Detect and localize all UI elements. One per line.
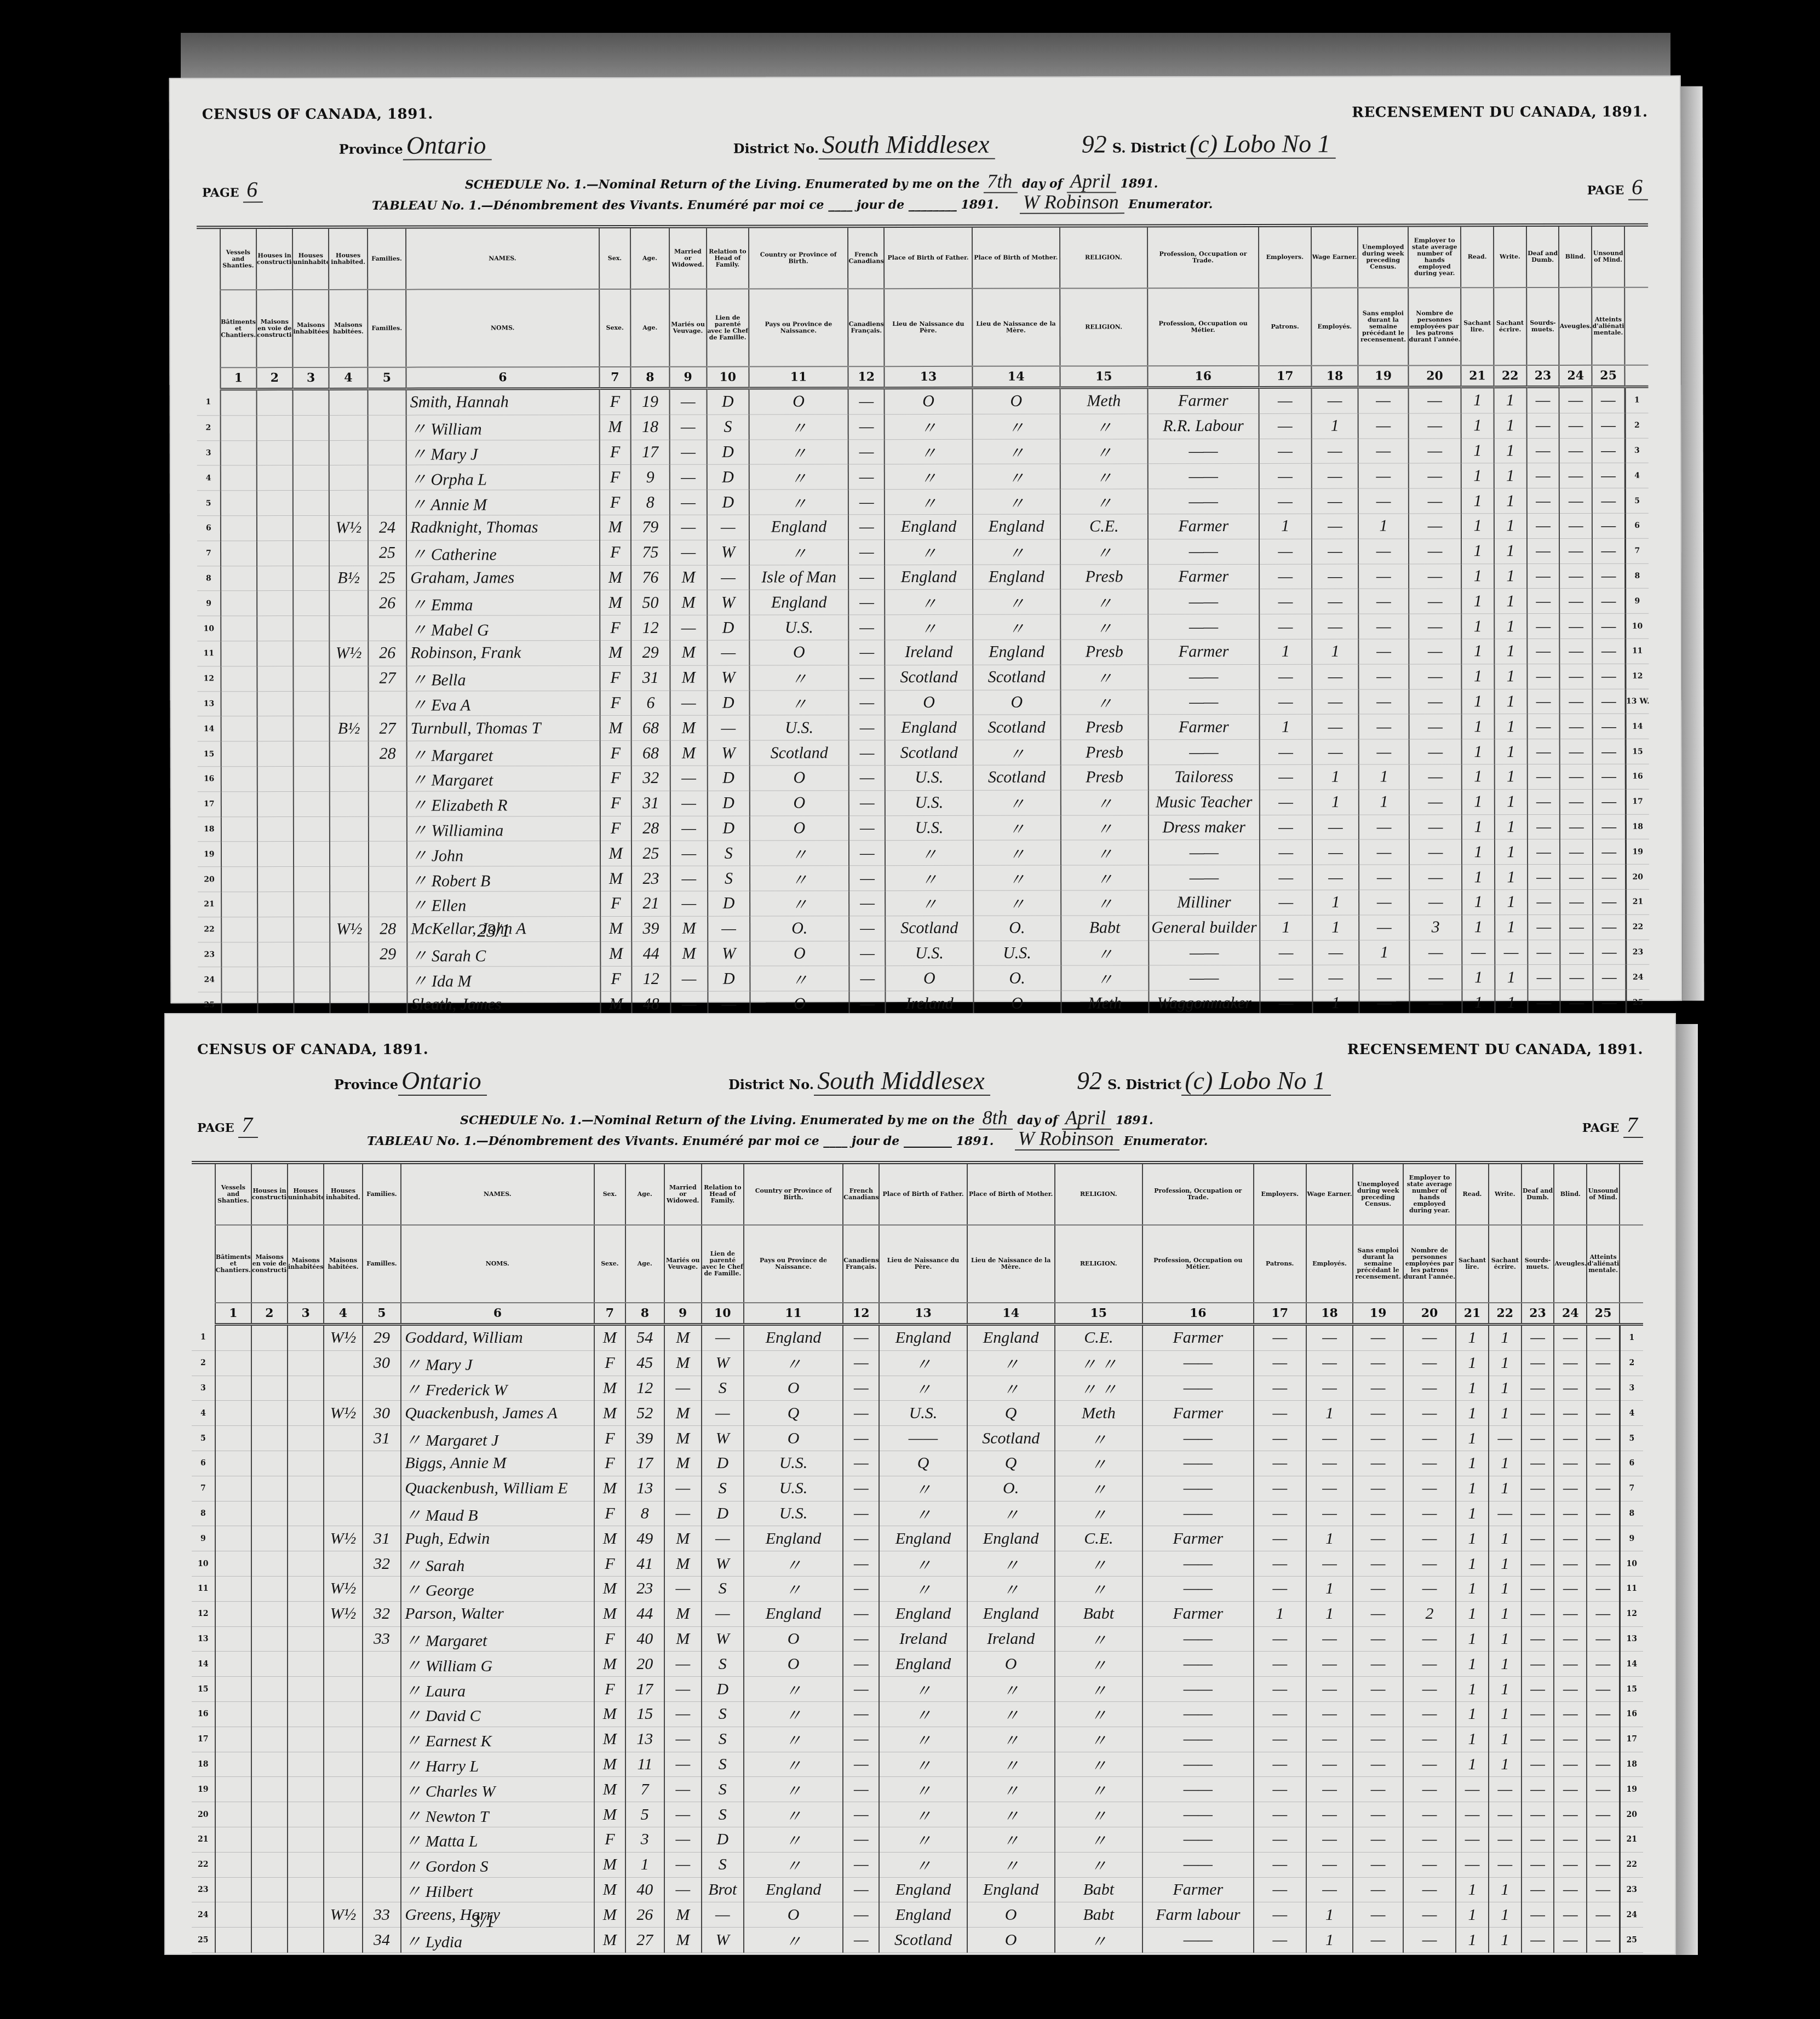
cell-col-14: O [967, 1902, 1055, 1928]
row-number-right: 22 [1626, 914, 1649, 940]
cell-col-7: F [599, 440, 631, 465]
cell-col-6: 〃 William [406, 415, 599, 440]
cell-col-11: O [744, 1426, 843, 1451]
cell-col-17: — [1259, 614, 1312, 639]
cell-col-23: — [1522, 1677, 1554, 1702]
enumeration-month: April [1067, 170, 1116, 193]
cell-col-20: — [1403, 1501, 1456, 1526]
cell-col-18: — [1306, 1752, 1353, 1777]
cell-col-10: S [702, 1576, 744, 1601]
cell-col-23: — [1522, 1877, 1554, 1902]
cell-col-25: — [1592, 589, 1625, 614]
cell-col-13: 〃 [879, 1476, 967, 1501]
column-header-20: 20 [1408, 365, 1461, 387]
column-header-4: 4 [329, 367, 368, 389]
cell-col-8: 20 [625, 1652, 664, 1677]
cell-col-5: 33 [363, 1902, 401, 1928]
column-header-12: Canadiens Français. [848, 289, 884, 366]
cell-col-13: Scotland [885, 665, 973, 690]
cell-col-11: 〃 [744, 1727, 843, 1752]
cell-col-18: — [1312, 488, 1358, 514]
cell-col-9: — [664, 1752, 702, 1777]
cell-col-16: Tailoress [1149, 764, 1260, 790]
cell-col-12: — [848, 439, 885, 464]
cell-col-3 [294, 741, 330, 767]
table-row: 18〃 Harry LM11—S〃—〃〃〃——————11———18 [192, 1752, 1643, 1777]
cell-col-9: — [670, 691, 707, 716]
day-of-label: day of [1017, 1113, 1058, 1128]
cell-col-16: —— [1142, 1802, 1254, 1827]
cell-col-19: — [1358, 463, 1409, 488]
column-header-1: Vessels and Shanties. [220, 229, 256, 290]
cell-col-12: — [843, 1325, 879, 1351]
cell-col-13: 〃 [879, 1802, 967, 1827]
cell-col-6: 〃 Eva A [407, 691, 600, 716]
cell-col-13: U.S. [886, 941, 973, 966]
cell-col-3 [294, 867, 330, 892]
schedule-title-fr: TABLEAU No. 1.—Dénombrement des Vivants.… [372, 198, 998, 213]
cell-col-4: W½ [324, 1401, 362, 1426]
cell-col-24: — [1554, 1928, 1587, 1953]
row-number-right: 25 [1620, 1928, 1643, 1953]
cell-col-9: M [664, 1551, 702, 1577]
cell-col-18: — [1312, 589, 1358, 614]
cell-col-10: — [702, 1401, 744, 1426]
cell-col-17: — [1260, 890, 1312, 915]
cell-col-19: — [1359, 639, 1409, 664]
page-number-right: 6 [1628, 175, 1648, 200]
cell-col-1 [220, 465, 256, 491]
cell-col-4 [324, 1476, 362, 1501]
cell-col-22: 1 [1489, 1350, 1522, 1376]
column-header-15: RELIGION. [1060, 288, 1147, 366]
cell-col-25: — [1593, 814, 1626, 839]
column-header-24: Aveugles. [1559, 287, 1592, 365]
cell-col-16: —— [1148, 689, 1259, 715]
cell-col-22: 1 [1489, 1325, 1522, 1351]
cell-col-14: Scotland [973, 765, 1060, 790]
column-header-19: 19 [1358, 365, 1409, 387]
cell-col-18: — [1306, 1626, 1353, 1652]
cell-col-4 [330, 616, 369, 641]
cell-col-5 [363, 1677, 401, 1702]
column-header-23: Deaf and Dumb. [1526, 227, 1559, 287]
cell-col-21: 1 [1461, 589, 1494, 614]
cell-col-21: 1 [1456, 1426, 1489, 1451]
cell-col-2 [251, 1576, 288, 1601]
cell-col-16: Waggonmaker [1149, 991, 1260, 1016]
cell-col-10: S [707, 415, 749, 440]
cell-col-3 [288, 1902, 324, 1928]
cell-col-1 [215, 1451, 251, 1476]
cell-col-13: England [879, 1902, 967, 1928]
cell-col-14: 〃 [967, 1501, 1055, 1526]
cell-col-24: — [1554, 1576, 1587, 1601]
cell-col-4 [324, 1677, 362, 1702]
cell-col-25: — [1587, 1626, 1620, 1652]
cell-col-2 [257, 816, 294, 842]
cell-col-21: 1 [1462, 789, 1495, 814]
cell-col-10: S [708, 866, 750, 891]
cell-col-3 [294, 816, 330, 842]
cell-col-14: England [973, 514, 1060, 539]
cell-col-25: — [1587, 1777, 1620, 1802]
cell-col-11: O [749, 388, 848, 415]
cell-col-15: 〃 [1060, 464, 1148, 489]
cell-col-24: — [1559, 438, 1592, 463]
cell-col-4: W½ [324, 1902, 362, 1928]
cell-col-19: — [1353, 1551, 1403, 1577]
cell-col-17: — [1259, 739, 1312, 764]
cell-col-16: —— [1142, 1476, 1254, 1501]
cell-col-9: — [669, 465, 707, 490]
cell-col-17: — [1254, 1350, 1306, 1376]
cell-col-23: — [1522, 1827, 1554, 1852]
cell-col-5 [368, 616, 407, 641]
cell-col-20: — [1409, 488, 1461, 514]
cell-col-1 [215, 1501, 251, 1526]
cell-col-20: — [1409, 614, 1461, 639]
cell-col-1 [221, 641, 257, 666]
cell-col-6: Pugh, Edwin [401, 1526, 594, 1551]
cell-col-5 [363, 1451, 401, 1476]
cell-col-24: — [1560, 839, 1593, 865]
cell-col-16: —— [1148, 664, 1259, 689]
cell-col-14: 〃 [967, 1701, 1055, 1727]
column-header-23: 23 [1522, 1303, 1554, 1325]
column-header-17: 17 [1259, 366, 1311, 388]
column-header-24: Blind. [1554, 1164, 1587, 1225]
cell-col-10: W [702, 1551, 744, 1577]
row-number-right: 11 [1625, 639, 1649, 664]
cell-col-20: — [1403, 1551, 1456, 1577]
cell-col-10: D [708, 791, 750, 816]
cell-col-13: 〃 [879, 1727, 967, 1752]
cell-col-5 [368, 490, 407, 515]
census-grid: Vessels and Shanties.Houses in construct… [192, 1164, 1643, 1953]
column-header-3: Maisons inhabitées. [292, 290, 329, 367]
cell-col-10: — [708, 916, 750, 941]
header-row: 1234567891011121314151617181920212223242… [192, 1303, 1643, 1325]
cell-col-5 [368, 440, 406, 465]
cell-col-12: — [843, 1451, 879, 1476]
cell-col-1 [221, 967, 257, 992]
cell-col-4: W½ [330, 917, 369, 942]
column-header-17: Patrons. [1254, 1225, 1306, 1303]
cell-col-14: 〃 [972, 414, 1060, 439]
column-header-3: 3 [288, 1303, 324, 1325]
cell-col-5: 32 [363, 1601, 401, 1626]
cell-col-7: F [599, 388, 631, 415]
cell-col-19: — [1359, 839, 1409, 865]
cell-col-8: 52 [625, 1401, 664, 1426]
cell-col-18: — [1306, 1476, 1353, 1501]
cell-col-15: Presb [1060, 765, 1148, 790]
cell-col-12: — [843, 1376, 879, 1401]
cell-col-21: — [1456, 1827, 1489, 1852]
cell-col-14: O [973, 690, 1060, 715]
cell-col-7: F [600, 665, 631, 691]
cell-col-8: 23 [625, 1576, 664, 1601]
cell-col-25: — [1593, 914, 1626, 940]
table-row: 531〃 Margaret JF39MWO———Scotland〃——————1… [192, 1426, 1643, 1451]
column-header-2: Maisons en voie de construction. [256, 290, 292, 367]
cell-col-5: 32 [363, 1551, 401, 1577]
cell-col-19: — [1353, 1777, 1403, 1802]
cell-col-22: 1 [1494, 563, 1527, 589]
row-number-right: 3 [1620, 1376, 1643, 1401]
row-number: 6 [192, 1451, 215, 1476]
cell-col-15: 〃 [1060, 614, 1148, 640]
cell-col-25: — [1593, 990, 1626, 1015]
cell-col-12: — [843, 1727, 879, 1752]
cell-col-9: — [669, 415, 707, 440]
cell-col-14: 〃 [967, 1827, 1055, 1852]
cell-col-15: Meth [1061, 991, 1149, 1016]
cell-col-15: 〃 [1055, 1551, 1142, 1577]
cell-col-10: — [707, 715, 749, 740]
column-header-8: Age. [625, 1164, 664, 1225]
cell-col-4 [324, 1827, 362, 1852]
column-header-22: 22 [1489, 1303, 1522, 1325]
cell-col-18: — [1312, 439, 1358, 464]
column-header-19: Unemployed during week preceding Census. [1358, 227, 1408, 287]
column-header-11: Pays ou Province de Naissance. [744, 1225, 843, 1303]
cell-col-10: W [707, 665, 749, 691]
cell-col-12: — [849, 966, 886, 991]
cell-col-10: S [702, 1802, 744, 1827]
table-row: 1032〃 SarahF41MW〃—〃〃〃——————11———10 [192, 1551, 1643, 1577]
cell-col-6: 〃 William G [401, 1652, 594, 1677]
table-row: 17〃 Earnest KM13—S〃—〃〃〃——————11———17 [192, 1727, 1643, 1752]
cell-col-8: 41 [625, 1551, 664, 1577]
cell-col-2 [257, 540, 293, 566]
cell-col-19: — [1353, 1852, 1403, 1877]
cell-col-22: 1 [1495, 965, 1528, 990]
cell-col-6: Quackenbush, William E [401, 1476, 594, 1501]
cell-col-11: 〃 [744, 1752, 843, 1777]
location-line: ProvinceOntario District No.South Middle… [334, 1068, 1539, 1095]
cell-col-11: O [744, 1376, 843, 1401]
cell-col-20: — [1409, 739, 1462, 764]
cell-col-12: — [843, 1401, 879, 1426]
cell-col-7: F [600, 816, 631, 841]
cell-col-7: M [594, 1376, 626, 1401]
row-number: 7 [197, 541, 221, 566]
cell-col-23: — [1527, 714, 1560, 739]
column-header-22: 22 [1494, 365, 1526, 387]
cell-col-10: S [708, 841, 750, 866]
cell-col-12: — [849, 715, 885, 740]
cell-col-6: Greens, Harry [401, 1902, 594, 1928]
cell-col-24: — [1554, 1877, 1587, 1902]
cell-col-7: F [600, 741, 631, 766]
cell-col-16: —— [1142, 1928, 1254, 1953]
cell-col-10: — [702, 1325, 744, 1351]
cell-col-16: —— [1149, 940, 1260, 965]
row-number: 2 [192, 1350, 215, 1376]
cell-col-23: — [1527, 563, 1560, 589]
cell-col-2 [257, 942, 294, 967]
cell-col-6: Quackenbush, James A [401, 1401, 594, 1426]
row-number-right: 7 [1620, 1476, 1643, 1501]
cell-col-2 [257, 516, 293, 541]
cell-col-10: S [702, 1777, 744, 1802]
cell-col-24: — [1560, 563, 1593, 589]
cell-col-1 [221, 867, 257, 892]
cell-col-23: — [1527, 513, 1560, 538]
cell-col-9: M [664, 1325, 702, 1351]
cell-col-25: — [1587, 1576, 1620, 1601]
cell-col-17: — [1254, 1551, 1306, 1577]
column-header-10: Lien de parenté avec le Chef de Famille. [707, 289, 749, 367]
cell-col-21: 1 [1462, 689, 1495, 714]
column-header-7: Sex. [594, 1164, 626, 1225]
table-row: 3〃 Frederick WM12—SO—〃〃〃 〃——————11———3 [192, 1376, 1643, 1401]
cell-col-2 [251, 1476, 288, 1501]
cell-col-4: W½ [324, 1576, 362, 1601]
cell-col-17: — [1260, 965, 1312, 991]
cell-col-3 [288, 1752, 324, 1777]
cell-col-12: — [849, 891, 885, 916]
cell-col-3 [293, 540, 329, 566]
cell-col-4 [329, 591, 368, 616]
cell-col-13: U.S. [885, 765, 973, 790]
cell-col-12: — [848, 388, 885, 415]
table-row: 18〃 WilliaminaF28—DO—U.S.〃〃Dress maker——… [198, 814, 1649, 842]
column-header-2: Houses in construction. [251, 1164, 288, 1225]
cell-col-8: 31 [631, 791, 670, 816]
row-number-right: 15 [1626, 739, 1649, 764]
cell-col-2 [251, 1877, 288, 1902]
cell-col-15: 〃 [1061, 790, 1149, 815]
cell-col-8: 11 [625, 1752, 664, 1777]
cell-col-17: 1 [1259, 514, 1312, 539]
cell-col-13: 〃 [879, 1701, 967, 1727]
cell-col-21: 1 [1461, 463, 1494, 488]
cell-col-5 [363, 1852, 401, 1877]
cell-col-15: 〃 〃 [1055, 1376, 1142, 1401]
row-number: 5 [197, 491, 221, 516]
cell-col-20: — [1403, 1802, 1456, 1827]
cell-col-15: 〃 〃 [1055, 1350, 1142, 1376]
cell-col-24: — [1554, 1551, 1587, 1577]
cell-col-5 [363, 1727, 401, 1752]
cell-col-2 [251, 1325, 288, 1351]
cell-col-22: 1 [1495, 814, 1528, 839]
cell-col-8: 18 [631, 415, 670, 440]
cell-col-9: — [664, 1677, 702, 1702]
column-header-10: 10 [707, 367, 749, 389]
cell-col-5 [369, 891, 407, 917]
column-header-6: 6 [406, 367, 599, 389]
table-row: 5〃 Annie MF8—D〃—〃〃〃——————11———5 [197, 488, 1649, 515]
cell-col-20: — [1409, 689, 1462, 714]
cell-col-21: 1 [1456, 1701, 1489, 1727]
cell-col-3 [293, 566, 329, 591]
cell-col-11: 〃 [744, 1677, 843, 1702]
cell-col-8: 40 [625, 1626, 664, 1652]
cell-col-1 [215, 1626, 251, 1652]
table-row: 1227〃 BellaF31MW〃—ScotlandScotland〃—————… [197, 664, 1649, 691]
cell-col-17: — [1260, 990, 1312, 1015]
cell-col-4 [324, 1426, 362, 1451]
cell-col-23: — [1526, 463, 1559, 488]
cell-col-5: 29 [369, 942, 407, 967]
cell-col-20: — [1403, 1526, 1456, 1551]
row-number-right: 1 [1620, 1325, 1643, 1351]
row-number: 11 [192, 1576, 215, 1601]
cell-col-20: — [1409, 990, 1462, 1015]
cell-col-14: 〃 [973, 815, 1060, 841]
cell-col-7: M [594, 1576, 626, 1601]
cell-col-8: 68 [631, 716, 670, 741]
cell-col-1 [215, 1325, 251, 1351]
column-header-6: NOMS. [401, 1225, 594, 1303]
row-number-right: 4 [1625, 463, 1649, 488]
cell-col-15: 〃 [1055, 1727, 1142, 1752]
cell-col-2 [251, 1426, 288, 1451]
header-row: Vessels and Shanties.Houses in construct… [192, 1164, 1643, 1225]
cell-col-21: 1 [1456, 1928, 1489, 1953]
cell-col-8: 6 [631, 691, 670, 716]
cell-col-11: O [750, 941, 849, 966]
cell-col-24: — [1554, 1902, 1587, 1928]
cell-col-4 [329, 540, 368, 566]
cell-col-4: W½ [330, 641, 369, 666]
cell-col-7: M [594, 1652, 626, 1677]
cell-col-15: Babt [1055, 1601, 1142, 1626]
cell-col-17: — [1259, 664, 1312, 689]
cell-col-18: — [1306, 1777, 1353, 1802]
cell-col-11: England [744, 1325, 843, 1351]
cell-col-11: 〃 [750, 841, 849, 866]
cell-col-2 [251, 1701, 288, 1727]
row-number-right: 16 [1626, 764, 1649, 789]
cell-col-11: Q [744, 1401, 843, 1426]
column-header-21: 21 [1456, 1303, 1489, 1325]
cell-col-21: 1 [1462, 739, 1495, 764]
cell-col-19: — [1359, 990, 1410, 1015]
cell-col-22: 1 [1495, 789, 1528, 814]
cell-col-19: — [1353, 1752, 1403, 1777]
cell-col-3 [293, 515, 329, 540]
cell-col-25: — [1592, 488, 1625, 513]
column-header-21: Sachant lire. [1461, 287, 1494, 365]
column-header-7: 7 [599, 367, 631, 389]
table-row: 13〃 Eva AF6—D〃—OO〃——————11———13 W.R. [197, 689, 1649, 716]
cell-col-9: M [670, 665, 707, 691]
cell-col-20: — [1403, 1852, 1456, 1877]
cell-col-21: 1 [1456, 1576, 1489, 1601]
cell-col-6: 〃 Lydia [401, 1928, 594, 1953]
cell-col-3 [288, 1928, 324, 1953]
cell-col-14: U.S. [973, 941, 1061, 966]
cell-col-21: 1 [1456, 1877, 1489, 1902]
cell-col-8: 12 [632, 967, 671, 992]
cell-col-23: — [1522, 1476, 1554, 1501]
cell-col-2 [257, 641, 293, 666]
cell-col-8: 23 [631, 866, 670, 891]
column-header-22: Sachant écrire. [1489, 1225, 1522, 1303]
column-header-13: Place of Birth of Father. [879, 1164, 967, 1225]
cell-col-22: 1 [1489, 1701, 1522, 1727]
cell-col-1 [215, 1350, 251, 1376]
cell-col-21: 1 [1462, 839, 1495, 865]
cell-col-11: 〃 [744, 1350, 843, 1376]
cell-col-22: 1 [1494, 387, 1526, 413]
cell-col-5: 27 [368, 716, 407, 741]
